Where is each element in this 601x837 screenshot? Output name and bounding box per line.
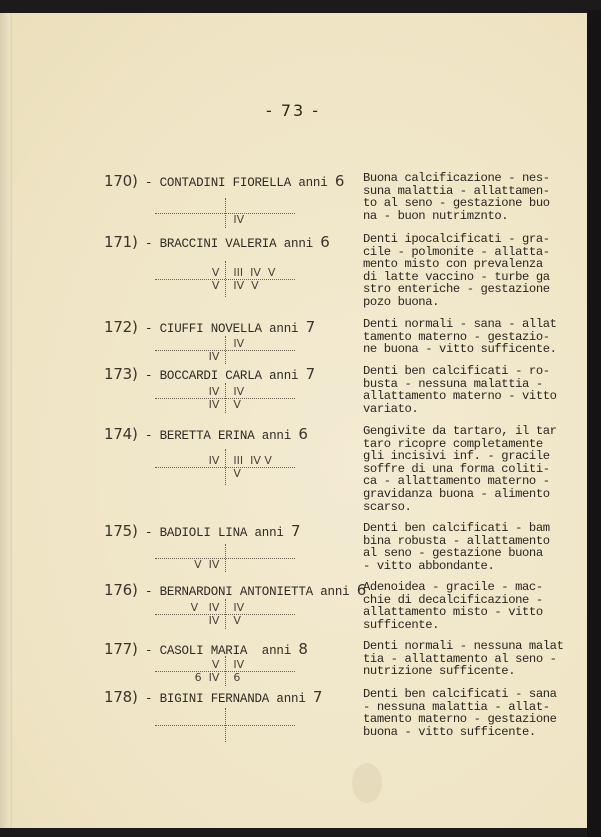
clinical-notes: Denti ipocalcificati - gra- cile - polmo… bbox=[363, 233, 593, 309]
tooth-mark-lower-right: IV bbox=[233, 214, 244, 225]
tooth-mark-lower-left: IV bbox=[209, 399, 220, 410]
tooth-mark-upper-right: III IV V bbox=[233, 455, 272, 466]
entry-number: 178) bbox=[104, 688, 138, 706]
tooth-mark-upper-left: V bbox=[212, 267, 220, 278]
clinical-notes: Denti normali - nessuna malat tia - alla… bbox=[363, 640, 593, 678]
entry-number: 177) bbox=[104, 640, 138, 658]
entry-heading: 171) - BRACCINI VALERIA anni 6 bbox=[104, 233, 330, 251]
chart-vertical-line bbox=[225, 544, 226, 572]
tooth-mark-lower-left: IV bbox=[209, 615, 220, 626]
entry-heading: 170) - CONTADINI FIORELLA anni 6 bbox=[104, 172, 344, 190]
clinical-notes: Denti ben calcificati - ro- busta - ness… bbox=[363, 365, 593, 415]
clinical-notes: Buona calcificazione - nes- suna malatti… bbox=[363, 172, 593, 222]
tooth-mark-upper-right: IV bbox=[233, 659, 244, 670]
tooth-mark-lower-left: V bbox=[212, 280, 220, 291]
entry-number: 173) bbox=[104, 365, 138, 383]
tooth-mark-upper-left: IV bbox=[209, 386, 220, 397]
clinical-notes: Denti ben calcificati - sana - nessuna m… bbox=[363, 688, 593, 738]
tooth-mark-lower-right: V bbox=[233, 399, 241, 410]
tooth-mark-lower-right: V bbox=[233, 615, 241, 626]
entry-heading: 175) - BADIOLI LINA anni 7 bbox=[104, 522, 300, 540]
patient-name: - BADIOLI LINA anni bbox=[138, 526, 291, 540]
patient-name: - BERETTA ERINA anni bbox=[138, 429, 299, 443]
patient-name: - BOCCARDI CARLA anni bbox=[138, 369, 306, 383]
chart-vertical-line bbox=[225, 708, 226, 742]
tooth-mark-upper-right: III IV V bbox=[233, 267, 275, 278]
tooth-mark-lower-right: V bbox=[233, 468, 241, 479]
entry-heading: 172) - CIUFFI NOVELLA anni 7 bbox=[104, 318, 315, 336]
patient-name: - CIUFFI NOVELLA anni bbox=[138, 322, 306, 336]
patient-age: 8 bbox=[298, 640, 307, 658]
entry-number: 172) bbox=[104, 318, 138, 336]
entry-number: 176) bbox=[104, 581, 138, 599]
entry-heading: 174) - BERETTA ERINA anni 6 bbox=[104, 425, 308, 443]
patient-age: 7 bbox=[306, 318, 315, 336]
dental-chart: IVIV bbox=[155, 336, 295, 364]
patient-name: - BRACCINI VALERIA anni bbox=[138, 237, 321, 251]
tooth-mark-upper-right: IV bbox=[233, 602, 244, 613]
dental-chart: VIV6 IV6 bbox=[155, 656, 295, 686]
clinical-notes: Gengivite da tartaro, il tar taro ricopr… bbox=[363, 425, 593, 513]
chart-vertical-line bbox=[225, 656, 226, 686]
tooth-mark-lower-left: IV bbox=[209, 351, 220, 362]
tooth-mark-lower-right: 6 bbox=[233, 672, 240, 683]
paper-stain bbox=[352, 763, 382, 803]
entry-number: 174) bbox=[104, 425, 138, 443]
entry-number: 175) bbox=[104, 522, 138, 540]
patient-age: 7 bbox=[291, 522, 300, 540]
patient-age: 7 bbox=[313, 688, 322, 706]
tooth-mark-upper-left: V bbox=[212, 659, 220, 670]
dental-chart bbox=[155, 708, 295, 742]
tooth-mark-upper-left: V IV bbox=[191, 602, 220, 613]
tooth-mark-upper-right: IV bbox=[233, 338, 244, 349]
dental-chart: IVIII IV VV bbox=[155, 449, 295, 485]
page-number: - 73 - bbox=[266, 101, 320, 120]
entry-number: 171) bbox=[104, 233, 138, 251]
tooth-mark-lower-left: 6 IV bbox=[195, 672, 220, 683]
tooth-mark-upper-left: IV bbox=[209, 455, 220, 466]
patient-age: 6 bbox=[320, 233, 329, 251]
dental-chart: IVIVIVV bbox=[155, 383, 295, 413]
chart-vertical-line bbox=[225, 261, 226, 297]
entry-number: 170) bbox=[104, 172, 138, 190]
patient-name: - BIGINI FERNANDA anni bbox=[138, 692, 313, 706]
patient-name: - BERNARDONI ANTONIETTA anni bbox=[138, 585, 357, 599]
dental-chart: IV bbox=[155, 198, 295, 228]
chart-vertical-line bbox=[225, 198, 226, 228]
clinical-notes: Adenoidea - gracile - mac- chie di decal… bbox=[363, 581, 593, 631]
chart-vertical-line bbox=[225, 383, 226, 413]
chart-vertical-line bbox=[225, 336, 226, 364]
dental-chart: V IVIVIVV bbox=[155, 599, 295, 629]
dental-chart: V IV bbox=[155, 544, 295, 572]
tooth-mark-upper-right: IV bbox=[233, 386, 244, 397]
chart-vertical-line bbox=[225, 599, 226, 629]
dental-chart: VIII IV VVIV V bbox=[155, 261, 295, 297]
tooth-mark-lower-left: V IV bbox=[194, 559, 219, 570]
patient-age: 6 bbox=[335, 172, 344, 190]
chart-vertical-line bbox=[225, 449, 226, 485]
clinical-notes: Denti normali - sana - allat tamento mat… bbox=[363, 318, 593, 356]
clinical-notes: Denti ben calcificati - bam bina robusta… bbox=[363, 522, 593, 572]
patient-age: 6 bbox=[298, 425, 307, 443]
entry-heading: 178) - BIGINI FERNANDA anni 7 bbox=[104, 688, 322, 706]
patient-age: 7 bbox=[306, 365, 315, 383]
entry-heading: 176) - BERNARDONI ANTONIETTA anni 6 bbox=[104, 581, 366, 599]
entry-heading: 173) - BOCCARDI CARLA anni 7 bbox=[104, 365, 315, 383]
tooth-mark-lower-right: IV V bbox=[233, 280, 258, 291]
patient-name: - CONTADINI FIORELLA anni bbox=[138, 176, 335, 190]
